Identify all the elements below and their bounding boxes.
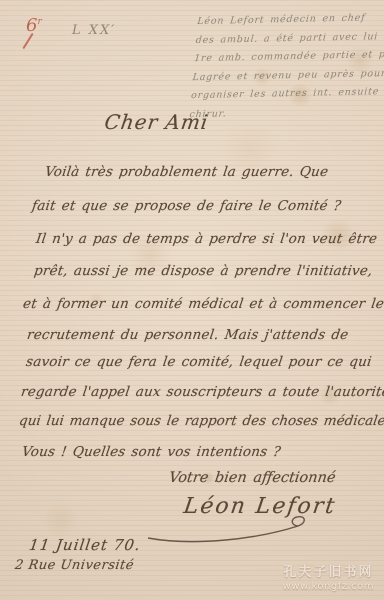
closing-line: Votre bien affectionné bbox=[168, 470, 337, 486]
letter-scan: 6r L XX′ Léon Lefort médecin en chef des… bbox=[0, 0, 384, 600]
address-line: 2 Rue Université bbox=[14, 558, 135, 573]
body-line: recrutement du personnel. Mais j'attends… bbox=[26, 327, 350, 343]
body-line: et à former un comité médical et à comme… bbox=[22, 296, 384, 312]
body-line: Il n'y a pas de temps à perdre si l'on v… bbox=[35, 231, 378, 247]
pencil-inventory-code: L XX′ bbox=[72, 23, 116, 38]
body-line: fait et que se propose de faire le Comit… bbox=[31, 198, 342, 214]
kongfz-watermark: 孔夫子旧书网 www.kongfz.com bbox=[283, 561, 374, 592]
dealer-pencil-note: Léon Lefort médecin en chef des ambul. a… bbox=[189, 9, 378, 125]
body-line: savoir ce que fera le comité, lequel pou… bbox=[25, 354, 373, 370]
watermark-site-url: www.kongfz.com bbox=[283, 581, 374, 592]
signature-flourish bbox=[142, 488, 322, 546]
body-line: regarde l'appel aux souscripteurs a tout… bbox=[20, 384, 384, 400]
pencil-note-line: organiser les autres int. ensuite bbox=[190, 84, 372, 106]
date-line: 11 Juillet 70. bbox=[28, 536, 142, 554]
red-inventory-code: 6r bbox=[26, 15, 42, 36]
salutation: Cher Ami bbox=[103, 110, 210, 134]
body-line: Vous ! Quelles sont vos intentions ? bbox=[21, 444, 282, 460]
body-line: prêt, aussi je me dispose à prendre l'in… bbox=[33, 263, 374, 279]
body-line: Voilà très probablement la guerre. Que bbox=[44, 164, 329, 180]
pencil-note-line: chirur. bbox=[189, 102, 371, 124]
body-line: qui lui manque sous le rapport des chose… bbox=[18, 413, 384, 429]
watermark-site-name: 孔夫子旧书网 bbox=[283, 561, 374, 580]
red-inventory-code-suffix: r bbox=[37, 17, 41, 27]
